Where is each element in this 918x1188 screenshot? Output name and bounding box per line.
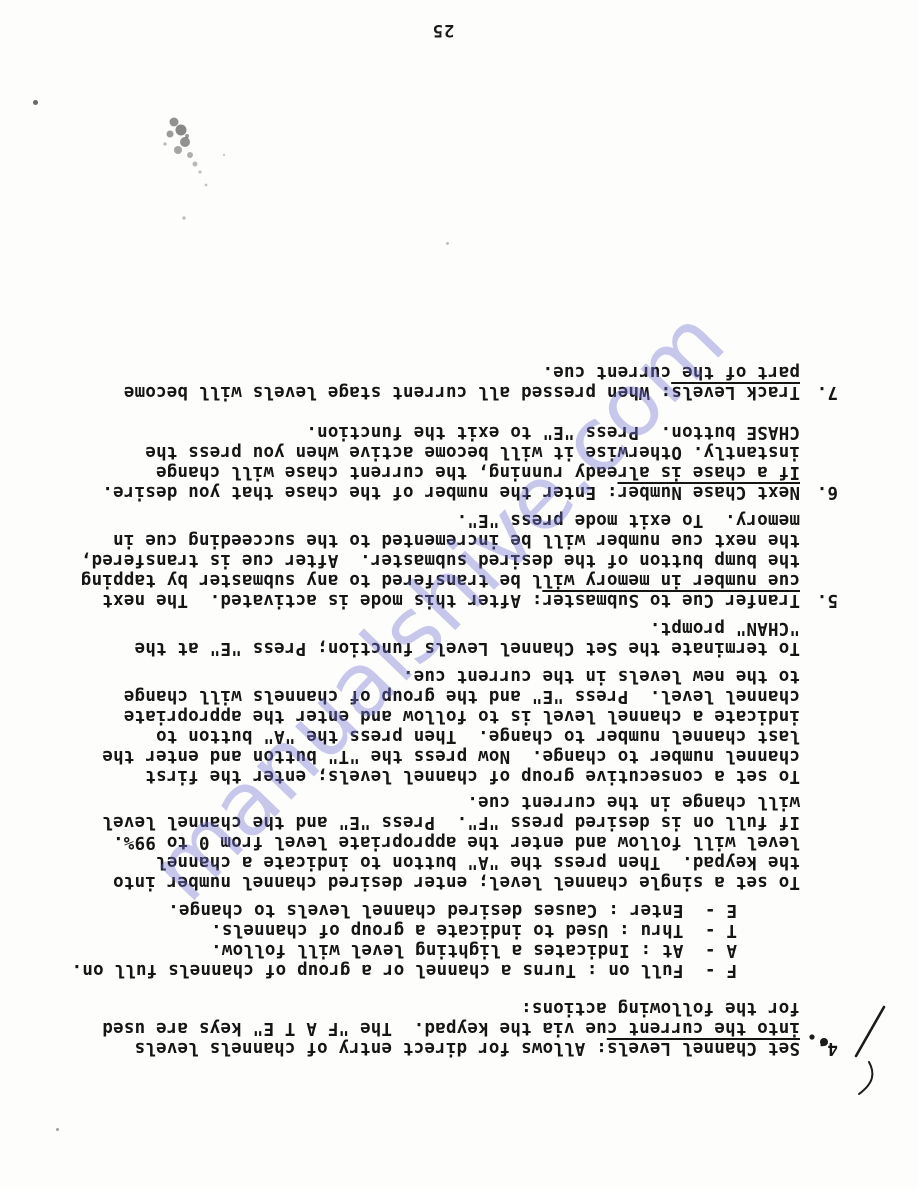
text-line: instantly. Otherwise it will become acti…: [102, 442, 800, 462]
terminate-paragraph: To terminate the Set Channel Levels func…: [134, 618, 800, 658]
text-line: level will follow and enter the appropri…: [102, 832, 800, 852]
text-line: To set a single channel level; enter des…: [102, 872, 800, 892]
text-run: : After this mode is activated. The next: [102, 590, 542, 610]
text-line: CHASE button. Press "E" to exit the func…: [102, 422, 800, 442]
text-run: : Allows for direct entry of channels le…: [134, 1038, 606, 1058]
paragraph-4: 4. Set Channel Levels: Allows for direct…: [102, 998, 838, 1058]
section-heading: Tranfer Cue to Submaster: [542, 590, 800, 610]
text-line: Set Channel Levels: Allows for direct en…: [102, 1038, 800, 1058]
text-line: for the following actions:: [102, 998, 800, 1018]
item-number: 6.: [800, 422, 838, 502]
text-line: the keypad. Then press the "A" button to…: [102, 852, 800, 872]
text-line: channel number to change. Now press the …: [102, 746, 800, 766]
text-line: the next cue number will be incremented …: [81, 530, 800, 550]
text-line: If a chase is already running, the curre…: [102, 462, 800, 482]
document-page: 4. Set Channel Levels: Allows for direct…: [0, 0, 918, 1188]
text-line: To terminate the Set Channel Levels func…: [134, 638, 800, 658]
section-heading: Track Levels: [671, 382, 800, 402]
text-line: part of the current cue.: [124, 362, 800, 382]
text-line: last channel number to change. Then pres…: [102, 726, 800, 746]
paragraph-6: 6. Next Chase Number: Enter the number o…: [102, 422, 838, 502]
text-line: into the current cue via the keypad. The…: [102, 1018, 800, 1038]
item-number: 5.: [800, 510, 838, 610]
text-line: Track Levels: When pressed all current s…: [124, 382, 800, 402]
section-heading: Set Channel Levels: [607, 1038, 800, 1058]
item-number: 4.: [800, 998, 838, 1058]
text-line: will change in the current cue.: [102, 792, 800, 812]
section-heading: Next Chase Number: [617, 482, 800, 502]
text-line: Next Chase Number: Enter the number of t…: [102, 482, 800, 502]
fate-key-item: F - Full on : Turns a channel or a group…: [71, 960, 737, 980]
text-line: To set a consecutive group of channel le…: [102, 766, 800, 786]
fate-key-item: A - At : Indicates a lighting level will…: [71, 940, 737, 960]
text-line: Tranfer Cue to Submaster: After this mod…: [81, 590, 800, 610]
paragraph-5: 5. Tranfer Cue to Submaster: After this …: [81, 510, 838, 610]
text-line: the bump button of the desired submaster…: [81, 550, 800, 570]
item-number: 7.: [800, 362, 838, 402]
page-number: 25: [0, 20, 902, 40]
text-line: indicate a channel level is to follow an…: [102, 706, 800, 726]
text-line: to the new levels in the current cue.: [102, 666, 800, 686]
fate-key-item: E - Enter : Causes desired channel level…: [71, 900, 737, 920]
fate-key-item: T - Thru : Used to indicate a group of c…: [71, 920, 737, 940]
text-line: "CHAN" prompt.: [134, 618, 800, 638]
single-channel-paragraph: To set a single channel level; enter des…: [102, 792, 800, 892]
consecutive-group-paragraph: To set a consecutive group of channel le…: [102, 666, 800, 786]
paragraph-7: 7. Track Levels: When pressed all curren…: [124, 362, 838, 402]
text-line: cue number in memory will be transfered …: [81, 570, 800, 590]
text-line: channel level. Press "E" and the group o…: [102, 686, 800, 706]
text-run: : Enter the number of the chase that you…: [102, 482, 617, 502]
fate-key-list: F - Full on : Turns a channel or a group…: [71, 900, 737, 980]
text-run: : When pressed all current stage levels …: [124, 382, 672, 402]
text-line: If full on is desired press "F". Press "…: [102, 812, 800, 832]
text-line: memory. To exit mode press "E".: [81, 510, 800, 530]
